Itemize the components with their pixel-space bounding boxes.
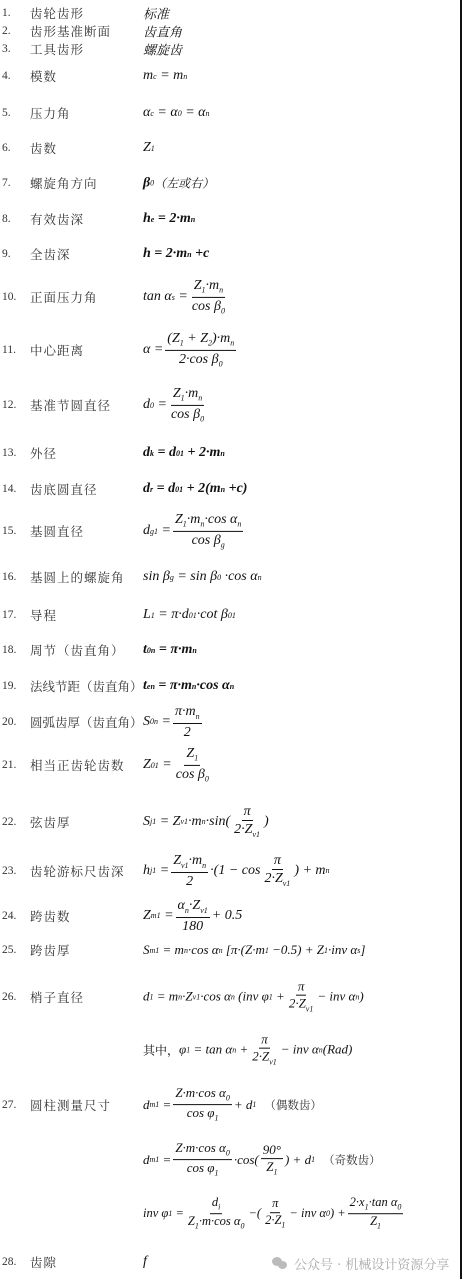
formula-teeth: Z1 — [143, 140, 155, 156]
row-number: 17. — [2, 609, 16, 621]
row-value: 齿直角 — [143, 22, 182, 41]
row-number: 24. — [2, 910, 16, 922]
row-number: 18. — [2, 644, 16, 656]
row-number: 10. — [2, 291, 16, 303]
row-label: 外径 — [30, 444, 57, 462]
note-even-teeth: （偶数齿） — [264, 1097, 322, 1113]
formula-outside-diameter: dk = d01 + 2·mn — [143, 445, 225, 461]
row-label: 周节（齿直角） — [30, 641, 125, 659]
row-number: 3. — [2, 43, 11, 55]
row-label: 法线节距（齿直角） — [30, 677, 143, 695]
row-label: 跨齿厚 — [30, 941, 71, 959]
row-label: 导程 — [30, 606, 57, 624]
row-label: 弦齿厚 — [30, 813, 71, 831]
row-label: 齿轮齿形 — [30, 4, 84, 22]
row-label: 梢子直径 — [30, 988, 84, 1006]
row-number: 7. — [2, 177, 11, 189]
row-label: 中心距离 — [30, 341, 84, 359]
row-value: 标准 — [143, 4, 169, 23]
formula-span-thickness: Sm1 = mn·cos αn [π·(Z·m1 −0.5) + Z1·inv … — [143, 942, 365, 958]
formula-effective-depth: he = 2·mn — [143, 211, 195, 227]
formula-transverse-pressure-angle: tan αs =Z1·mncos β0 — [143, 278, 229, 316]
row-label: 螺旋角方向 — [30, 174, 98, 192]
row-number: 19. — [2, 680, 16, 692]
note-direction: （左或右） — [154, 175, 214, 192]
note-odd-teeth: （奇数齿） — [323, 1152, 381, 1168]
row-number: 16. — [2, 571, 16, 583]
formula-base-diameter: dg1 =Z1·mn·cos αncos βg — [143, 512, 245, 550]
row-label: 齿底圆直径 — [30, 480, 98, 498]
row-number: 6. — [2, 142, 11, 154]
row-number: 4. — [2, 70, 11, 82]
formula-center-distance: α =(Z1 + Z2)·mn2·cos β0 — [143, 331, 238, 369]
row-number: 15. — [2, 525, 16, 537]
row-label: 相当正齿轮齿数 — [30, 756, 125, 774]
formula-backlash: f — [143, 1254, 147, 1270]
formula-chordal-thickness: Sj1 = Zv1·mn·sin(π2·Zv1) — [143, 804, 269, 840]
row-label: 工具齿形 — [30, 40, 84, 58]
formula-tooth-thickness: S0n =π·mn2 — [143, 704, 204, 740]
row-value: 螺旋齿 — [143, 40, 182, 59]
formula-root-diameter: dr = d01 + 2(mn +c) — [143, 481, 247, 497]
row-label: 基圆直径 — [30, 522, 84, 540]
row-number: 1. — [2, 7, 11, 19]
formula-span-teeth: Zm1 =αn·Zv1180+ 0.5 — [143, 898, 242, 934]
row-label: 齿轮游标尺齿深 — [30, 862, 125, 880]
formula-total-depth: h = 2·mn +c — [143, 246, 209, 262]
row-label: 齿隙 — [30, 1253, 57, 1271]
row-number: 23. — [2, 865, 16, 877]
row-label: 模数 — [30, 67, 57, 85]
row-label: 有效齿深 — [30, 210, 84, 228]
formula-inv-phi: inv φ1 =diZ1·m·cos α0−(π2·Z1− inv α0) +2… — [143, 1196, 405, 1232]
row-number: 20. — [2, 716, 16, 728]
formula-phi1: 其中，φ1 = tan αn +π2·Zv1− inv αn(Rad) — [143, 1033, 352, 1068]
formula-pitch-diameter: d0 =Z1·mncos β0 — [143, 386, 208, 424]
watermark: 公众号 · 机械设计资源分享 — [272, 1254, 449, 1273]
row-label: 跨齿数 — [30, 907, 71, 925]
formula-normal-pitch: ten = π·mn·cos αn — [143, 678, 234, 694]
row-number: 13. — [2, 447, 16, 459]
formula-lead: L1 = π·d01·cot β01 — [143, 607, 236, 623]
formula-module: mc = mn — [143, 68, 187, 84]
row-number: 8. — [2, 213, 11, 225]
formula-pin-diameter: d1 = mn·Zv1·cos αn (inv φ1 +π2·Zv1− inv … — [143, 980, 364, 1015]
row-number: 28. — [2, 1256, 16, 1268]
row-number: 2. — [2, 25, 11, 37]
row-label: 齿形基准断面 — [30, 22, 111, 40]
formula-base-helix-angle: sin βg = sin β0 ·cos αn — [143, 569, 262, 585]
formula-virtual-teeth: Z01 =Z1cos β0 — [143, 746, 213, 784]
formula-chordal-height: hj1 =Zv1·mn2·(1 − cosπ2·Zv1) + mn — [143, 853, 330, 889]
row-number: 12. — [2, 399, 16, 411]
row-number: 21. — [2, 759, 16, 771]
formula-pressure-angle: αc = α0 = αn — [143, 105, 210, 121]
row-number: 26. — [2, 991, 16, 1003]
row-number: 25. — [2, 944, 16, 956]
row-label: 基圆上的螺旋角 — [30, 568, 125, 586]
note-where: 其中， — [143, 1042, 179, 1059]
formula-circular-pitch: t0n = π·mn — [143, 642, 197, 658]
row-label: 全齿深 — [30, 245, 71, 263]
formula-over-pins-even: dm1 =Z·m·cos α0cos φ1+ d1（偶数齿） — [143, 1086, 322, 1124]
note-rad: (Rad) — [323, 1042, 353, 1058]
watermark-text: 公众号 · 机械设计资源分享 — [294, 1254, 449, 1273]
row-label: 圆弧齿厚（齿直角） — [30, 713, 143, 731]
row-number: 5. — [2, 107, 11, 119]
row-number: 27. — [2, 1099, 16, 1111]
row-label: 正面压力角 — [30, 288, 98, 306]
formula-over-pins-odd: dm1 =Z·m·cos α0cos φ1·cos(90°Z1) + d1（奇数… — [143, 1141, 381, 1179]
formula-helix-direction: β0（左或右） — [143, 175, 214, 192]
row-label: 圆柱测量尺寸 — [30, 1096, 111, 1114]
row-number: 11. — [2, 344, 16, 356]
wechat-icon — [272, 1257, 288, 1270]
row-number: 14. — [2, 483, 16, 495]
row-label: 压力角 — [30, 104, 71, 122]
row-number: 9. — [2, 248, 11, 260]
row-label: 基准节圆直径 — [30, 396, 111, 414]
row-number: 22. — [2, 816, 16, 828]
row-label: 齿数 — [30, 139, 57, 157]
